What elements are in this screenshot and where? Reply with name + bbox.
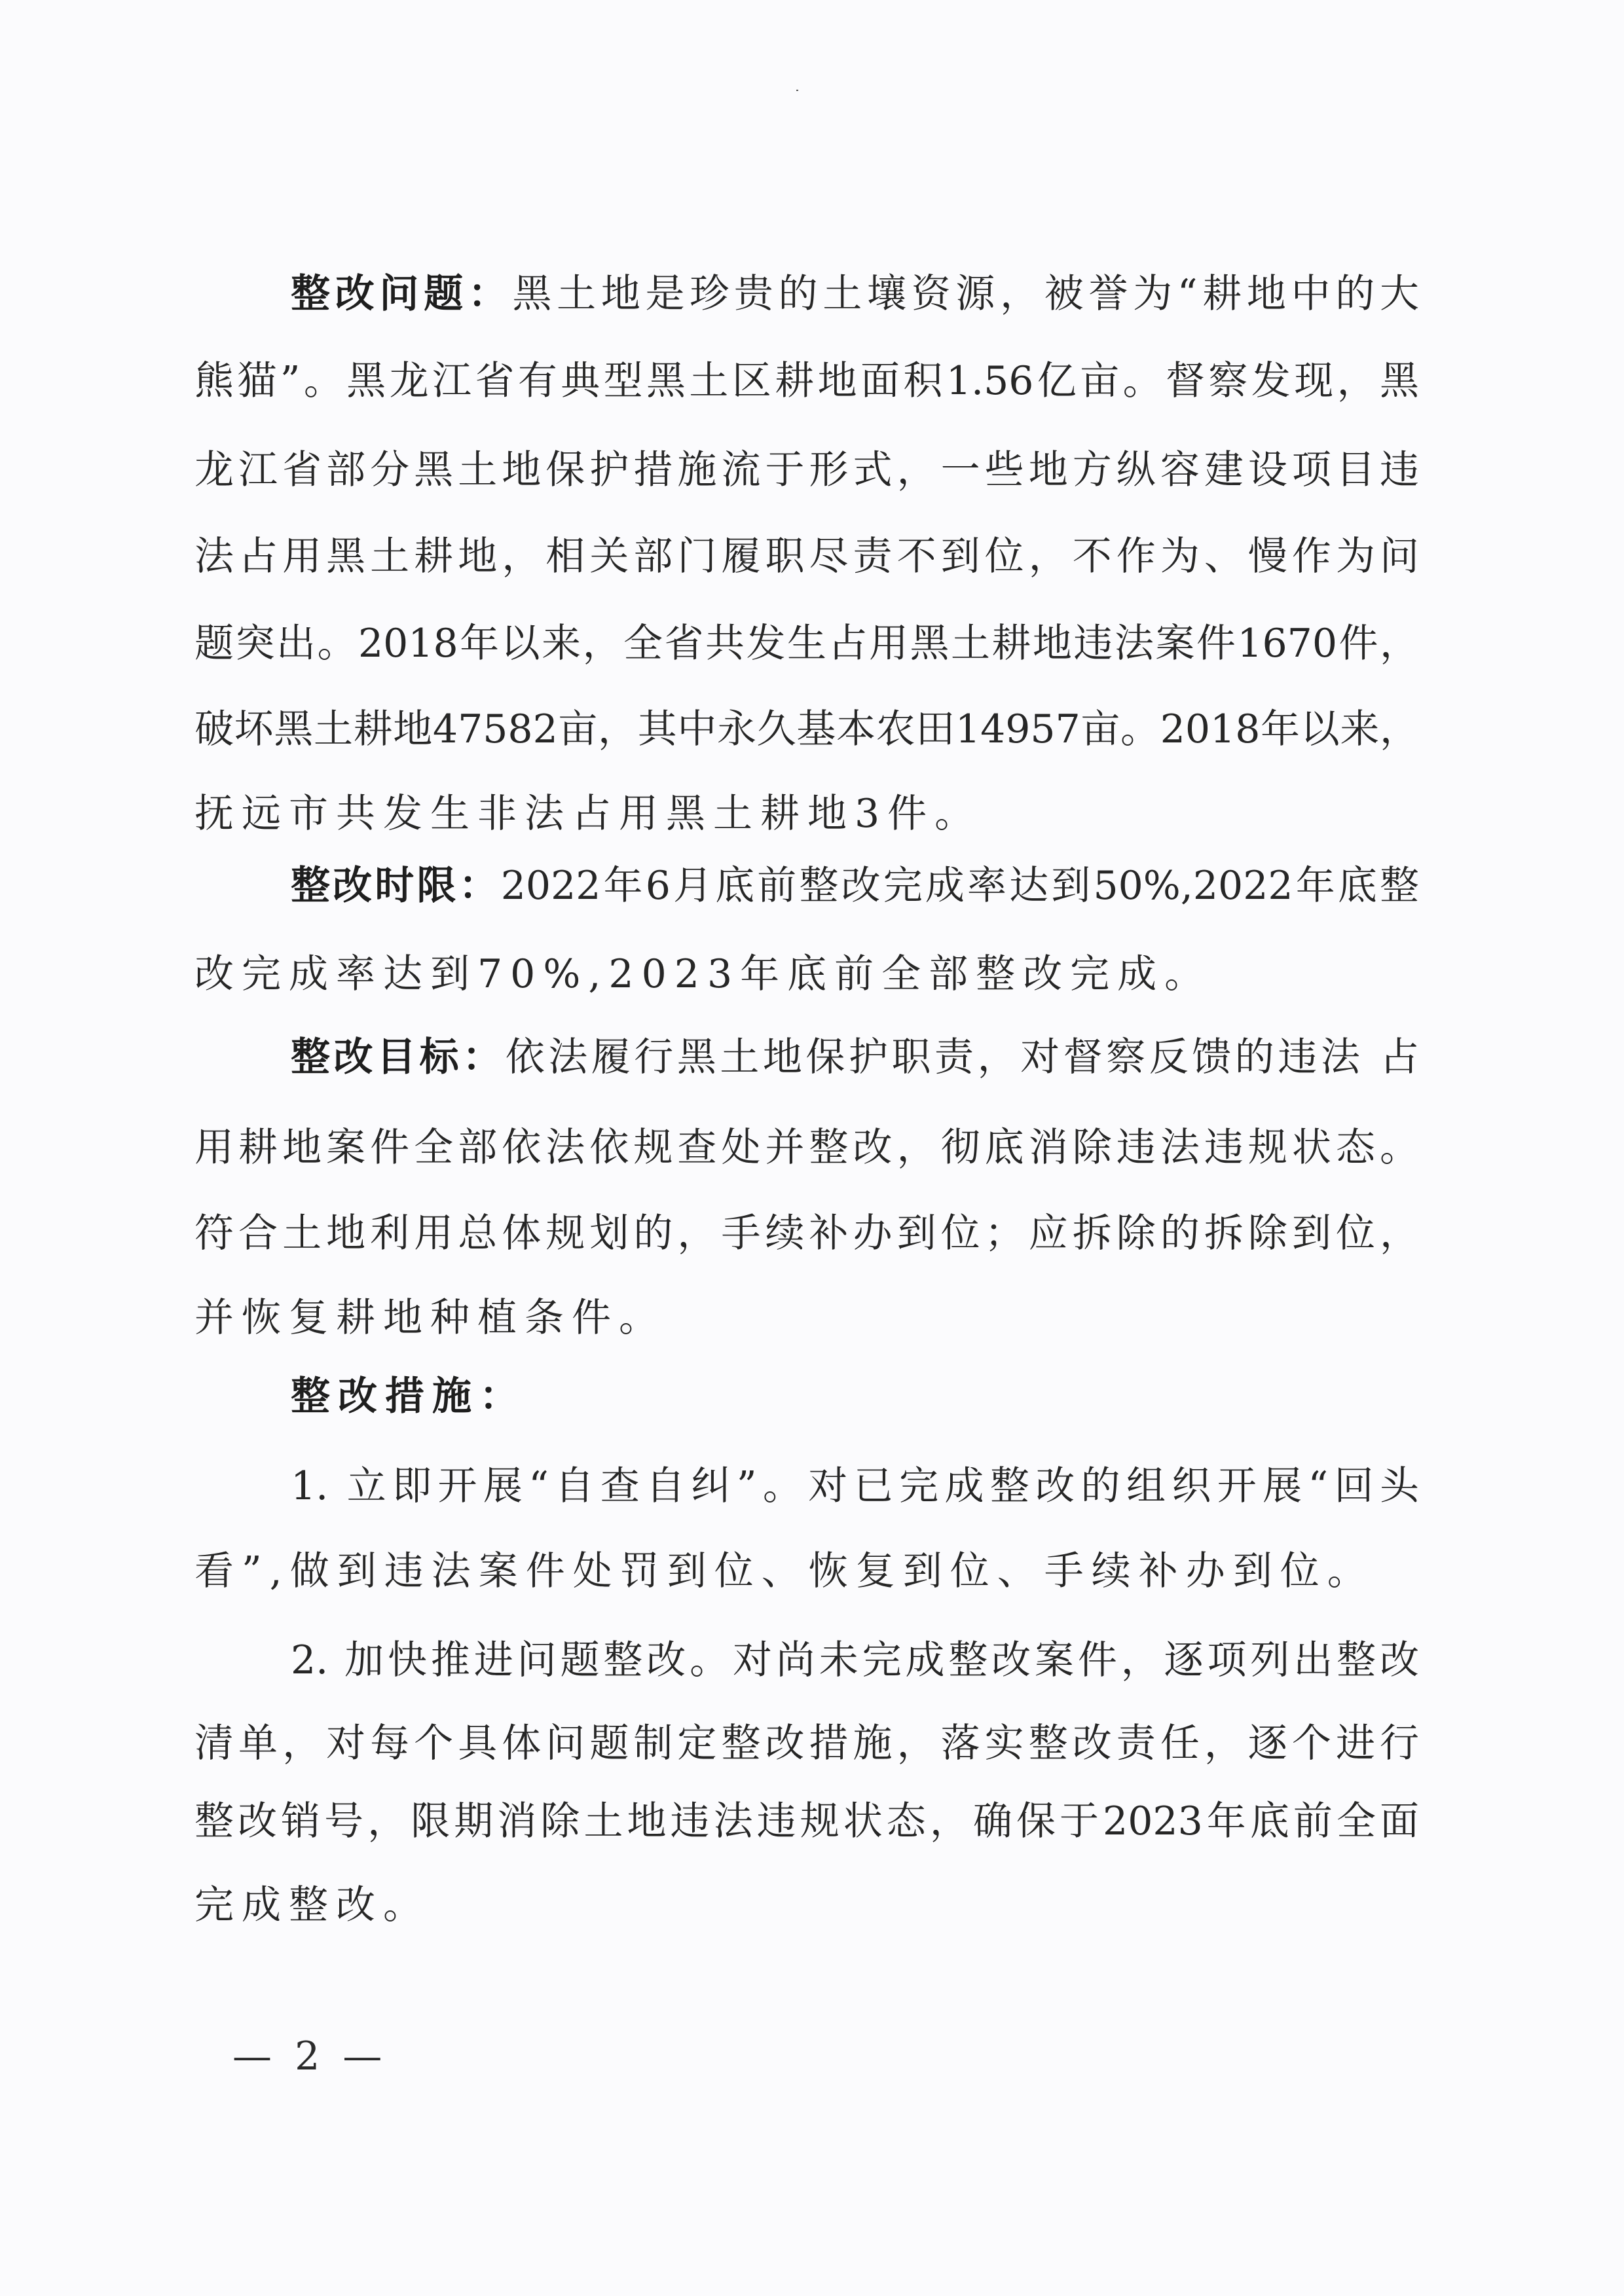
deadline-heading: 整改时限：: [291, 863, 501, 909]
problem-line-3: 龙江省部分黑土地保护措施流于形式，一些地方纵容建设项目违: [194, 446, 1419, 494]
problem-heading: 整改问题：: [291, 271, 512, 317]
deadline-text: 2022年6月底前整改完成率达到50%,2022年底整: [501, 863, 1419, 909]
problem-line-1: 整改问题：黑土地是珍贵的土壤资源，被誉为“耕地中的大: [291, 270, 1419, 318]
measure-1-line-1: 1. 立即开展“自查自纠”。对已完成整改的组织开展“回头: [291, 1463, 1419, 1510]
document-page: 整改问题：黑土地是珍贵的土壤资源，被誉为“耕地中的大 熊猫”。黑龙江省有典型黑土…: [0, 0, 1624, 2296]
problem-line-6: 破坏黑土耕地47582亩，其中永久基本农田14957亩。2018年以来，: [194, 706, 1419, 753]
problem-line-2: 熊猫”。黑龙江省有典型黑土区耕地面积1.56亿亩。督察发现，黑: [194, 357, 1419, 405]
measures-heading: 整改措施：: [291, 1374, 526, 1419]
goal-line-4: 并恢复耕地种植条件。: [194, 1294, 1419, 1341]
goal-line-1: 整改目标：依法履行黑土地保护职责，对督察反馈的违法 占: [291, 1034, 1419, 1081]
goal-text: 依法履行黑土地保护职责，对督察反馈的违法 占: [506, 1034, 1419, 1080]
measure-2-line-3: 整改销号，限期消除土地违法违规状态，确保于2023年底前全面: [194, 1798, 1419, 1845]
deadline-line-2: 改完成率达到70%,2023年底前全部整改完成。: [194, 951, 1419, 998]
measures-heading-line: 整改措施：: [291, 1373, 1419, 1420]
goal-line-2: 用耕地案件全部依法依规查处并整改，彻底消除违法违规状态。: [194, 1124, 1419, 1171]
page-number: — 2 —: [232, 2033, 387, 2080]
problem-line-7: 抚远市共发生非法占用黑土耕地3件。: [194, 790, 1419, 837]
problem-line-5: 题突出。2018年以来，全省共发生占用黑土耕地违法案件1670件，: [194, 620, 1419, 667]
problem-text: 黑土地是珍贵的土壤资源，被誉为“耕地中的大: [512, 271, 1419, 317]
deadline-line-1: 整改时限：2022年6月底前整改完成率达到50%,2022年底整: [291, 862, 1419, 909]
measure-2-line-1: 2. 加快推进问题整改。对尚未完成整改案件，逐项列出整改: [291, 1637, 1419, 1684]
measure-2-line-4: 完成整改。: [194, 1882, 1419, 1929]
measure-2-line-2: 清单，对每个具体问题制定整改措施，落实整改责任，逐个进行: [194, 1720, 1419, 1767]
scan-speck: [796, 90, 798, 91]
problem-line-4: 法占用黑土耕地，相关部门履职尽责不到位，不作为、慢作为问: [194, 533, 1419, 580]
goal-heading: 整改目标：: [291, 1034, 506, 1080]
measure-1-line-2: 看”,做到违法案件处罚到位、恢复到位、手续补办到位。: [194, 1548, 1419, 1595]
goal-line-3: 符合土地利用总体规划的，手续补办到位；应拆除的拆除到位，: [194, 1210, 1419, 1257]
